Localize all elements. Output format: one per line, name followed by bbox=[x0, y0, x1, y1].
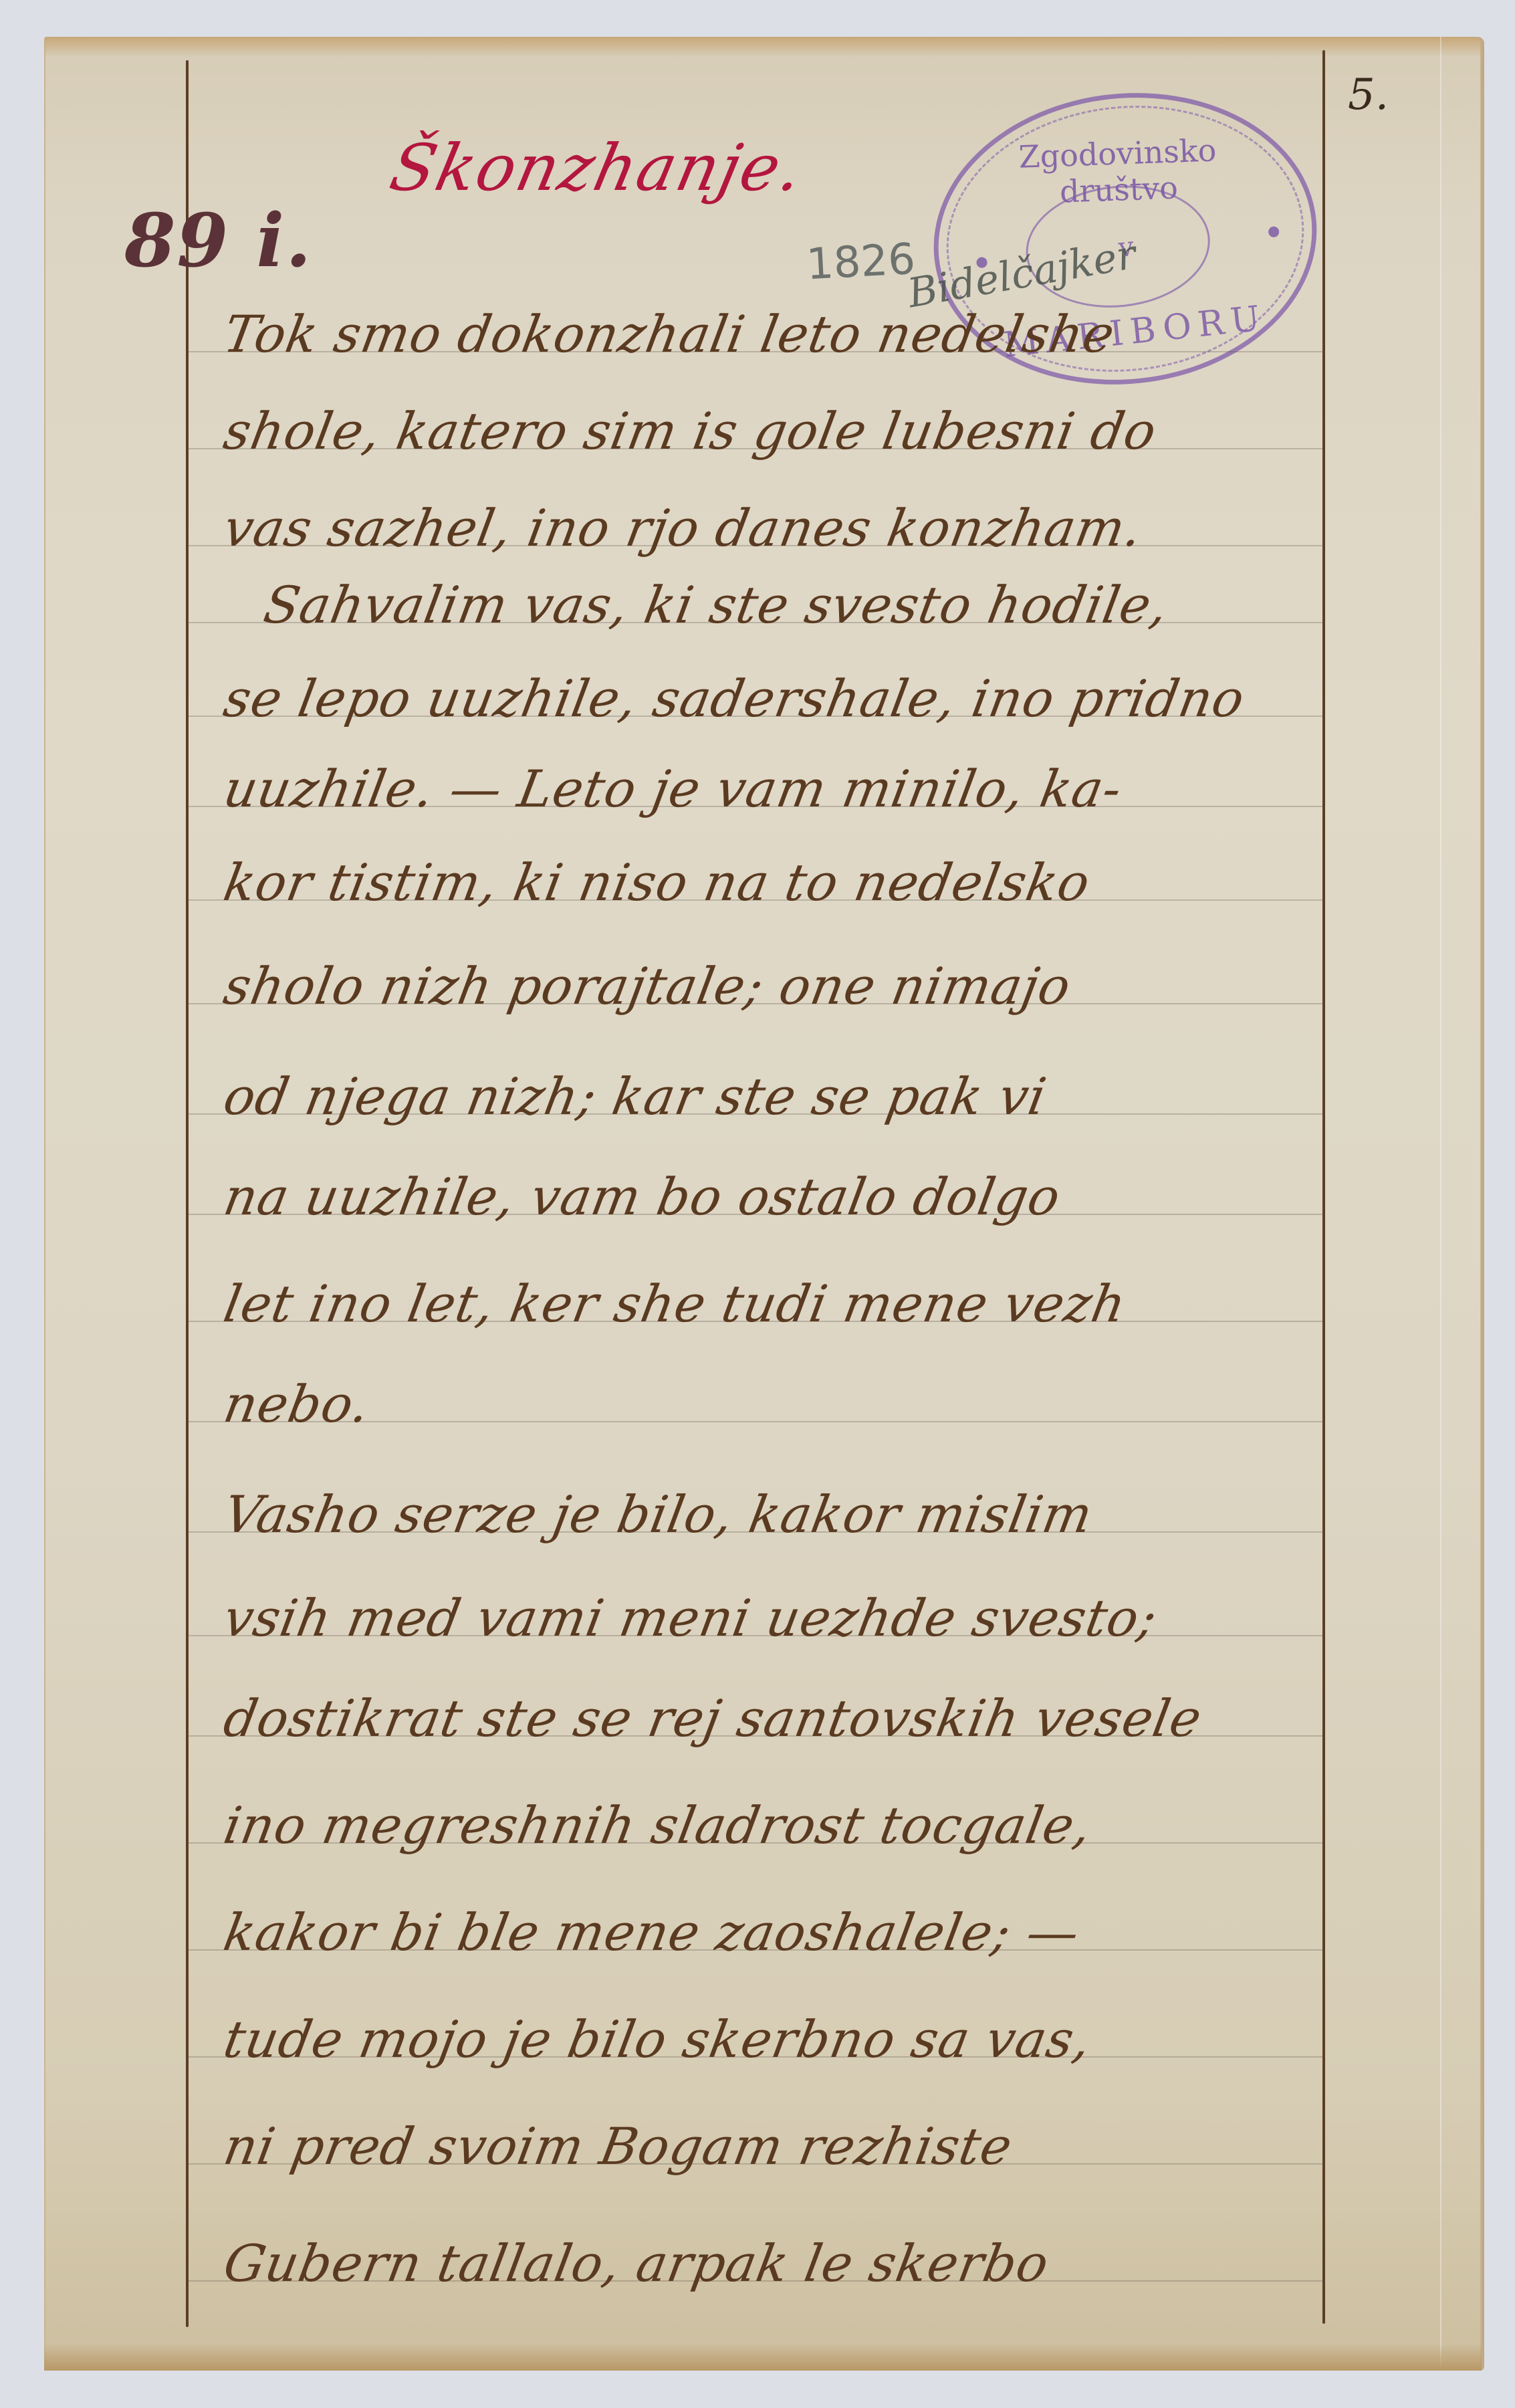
pencil-year-annotation: 1826 bbox=[805, 235, 917, 290]
text-line: kor tistim, ki niso na to nedelsko bbox=[219, 853, 1326, 912]
text-line: vas sazhel, ino rjo danes konzham. bbox=[219, 498, 1326, 558]
text-line: let ino let, ker she tudi mene vezh bbox=[219, 1274, 1326, 1333]
text-line: vsih med vami meni uezhde svesto; bbox=[219, 1588, 1326, 1648]
text-line: shole, katero sim is gole lubesni do bbox=[219, 401, 1326, 461]
text-line: tude mojo je bilo skerbno sa vas, bbox=[219, 2009, 1326, 2069]
text-line: Gubern tallalo, arpak le skerbo bbox=[219, 2233, 1326, 2293]
text-line: ni pred svoim Bogam rezhiste bbox=[219, 2116, 1326, 2176]
manuscript-page: 89 i. Škonzhanje. 5. 1826 Zgodovinsko dr… bbox=[44, 37, 1482, 2371]
text-line: Sahvalim vas, ki ste svesto hodile, bbox=[259, 575, 1367, 635]
text-line: Tok smo dokonzhali leto nedelshe bbox=[219, 304, 1326, 364]
page-fold bbox=[1440, 37, 1441, 2371]
text-line: Vasho serze je bilo, kakor mislim bbox=[219, 1485, 1326, 1544]
page-number: 5. bbox=[1348, 70, 1389, 120]
document-title: Škonzhanje. bbox=[384, 130, 810, 205]
text-line: kakor bi ble mene zaoshalele; — bbox=[219, 1902, 1326, 1962]
text-line: nebo. bbox=[219, 1374, 1326, 1434]
left-margin-rule bbox=[186, 60, 189, 2327]
folio-number: 89 i. bbox=[124, 197, 312, 284]
text-line: ino megreshnih sladrost tocgale, bbox=[219, 1795, 1326, 1855]
text-line: dostikrat ste se rej santovskih vesele bbox=[219, 1688, 1326, 1748]
right-margin-rule bbox=[1322, 50, 1325, 2324]
text-line: na uuzhile, vam bo ostalo dolgo bbox=[219, 1167, 1326, 1226]
text-line: se lepo uuzhile, sadershale, ino pridno bbox=[219, 669, 1326, 728]
text-line: uuzhile. — Leto je vam minilo, ka- bbox=[219, 759, 1326, 818]
text-line: sholo nizh porajtale; one nimajo bbox=[219, 956, 1326, 1016]
text-line: od njega nizh; kar ste se pak vi bbox=[219, 1067, 1326, 1126]
